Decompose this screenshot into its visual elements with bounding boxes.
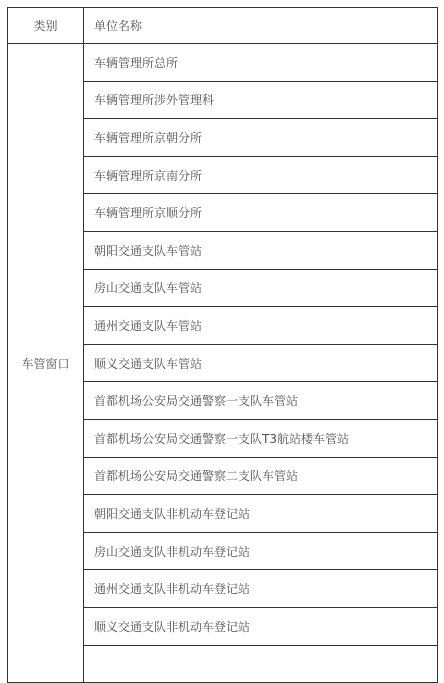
unit-name-cell: 车辆管理所京朝分所: [84, 119, 438, 157]
unit-name-column-header: 单位名称: [84, 8, 438, 44]
unit-name-cell: 顺义交通支队非机动车登记站: [84, 607, 438, 645]
partial-unit-cell: [84, 645, 438, 649]
unit-name-cell: 首都机场公安局交通警察二支队车管站: [84, 457, 438, 495]
unit-name-cell: 房山交通支队车管站: [84, 269, 438, 307]
table-header: 类别 单位名称: [8, 8, 438, 44]
unit-name-cell: 车辆管理所总所: [84, 44, 438, 82]
unit-name-cell: 首都机场公安局交通警察一支队车管站: [84, 382, 438, 420]
header-row: 类别 单位名称: [8, 8, 438, 44]
unit-name-cell: 朝阳交通支队非机动车登记站: [84, 495, 438, 533]
unit-name-cell: 顺义交通支队车管站: [84, 344, 438, 382]
unit-name-cell: 车辆管理所涉外管理科: [84, 81, 438, 119]
unit-table: 类别 单位名称 车管窗口车辆管理所总所车辆管理所涉外管理科车辆管理所京朝分所车辆…: [7, 7, 438, 649]
category-cell: 车管窗口: [8, 44, 84, 650]
unit-name-cell: 车辆管理所京顺分所: [84, 194, 438, 232]
category-column-header: 类别: [8, 8, 84, 44]
unit-rows: 车管窗口车辆管理所总所车辆管理所涉外管理科车辆管理所京朝分所车辆管理所京南分所车…: [8, 44, 438, 650]
unit-name-cell: 首都机场公安局交通警察一支队T3航站楼车管站: [84, 419, 438, 457]
unit-name-cell: 通州交通支队车管站: [84, 307, 438, 345]
unit-name-cell: 朝阳交通支队车管站: [84, 231, 438, 269]
unit-name-cell: 通州交通支队非机动车登记站: [84, 570, 438, 608]
table-row: 车管窗口车辆管理所总所: [8, 44, 438, 82]
unit-table-container: 类别 单位名称 车管窗口车辆管理所总所车辆管理所涉外管理科车辆管理所京朝分所车辆…: [7, 7, 437, 649]
unit-name-cell: 房山交通支队非机动车登记站: [84, 532, 438, 570]
unit-name-cell: 车辆管理所京南分所: [84, 156, 438, 194]
